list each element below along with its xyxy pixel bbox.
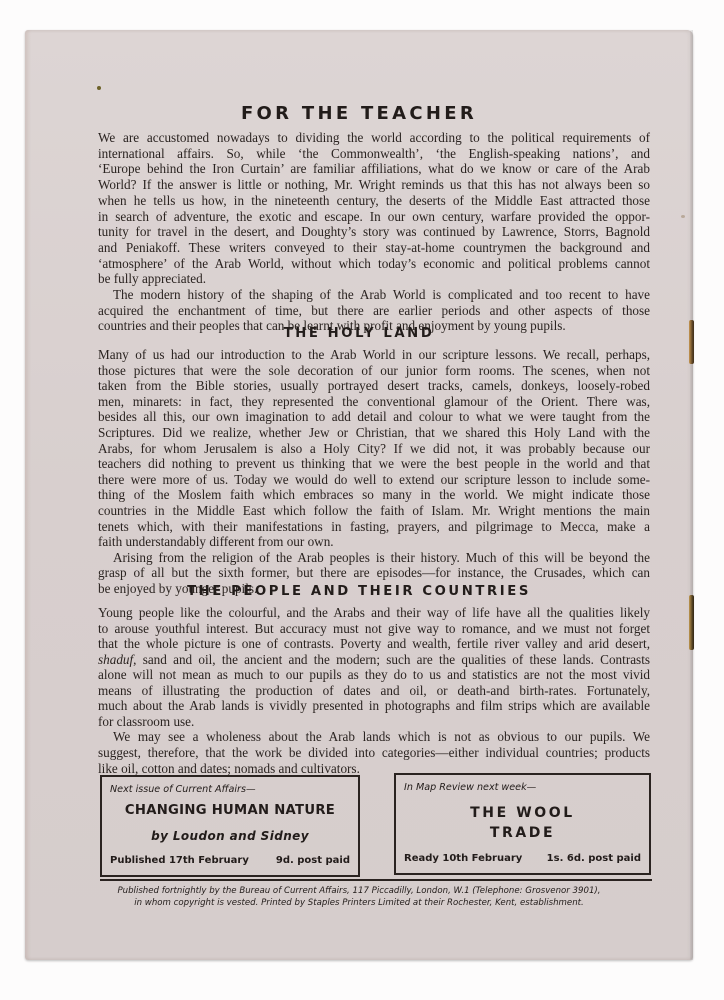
body-text-line: those pictures that were the sole decora… (98, 363, 650, 378)
body-text-line: be fully appreciated. (98, 271, 650, 286)
body-text-line: countries in the Middle East which follo… (98, 503, 650, 518)
body-text-line: for classroom use. (98, 714, 650, 729)
section-heading-holy-land: THE HOLY LAND (25, 326, 693, 341)
body-text-line: grasp of all but the sixth former, but t… (98, 565, 650, 580)
notice-title: CHANGING HUMAN NATURE (102, 803, 358, 818)
body-text-line: to arouse youthful interest. But accurac… (98, 621, 650, 636)
body-text-line: World? If the answer is little or nothin… (98, 177, 650, 192)
notice-title-line-1: THE WOOL (396, 805, 649, 821)
body-text-line: when he tells us how, in the nineteenth … (98, 193, 650, 208)
body-text-line: means of illustrating the production of … (98, 683, 650, 698)
notice-map-review: In Map Review next week— THE WOOL TRADE … (394, 773, 651, 875)
notice-price: 9d. post paid (276, 855, 350, 866)
ink-spot (97, 86, 101, 90)
notice-date: Ready 10th February (404, 853, 522, 864)
body-text-line: besides all this, our own imagination to… (98, 409, 650, 424)
body-text-line: taken from the Bible stories, usually po… (98, 378, 650, 393)
notice-date: Published 17th February (110, 855, 249, 866)
notice-price: 1s. 6d. post paid (547, 853, 641, 864)
body-text-line: suggest, therefore, that the work be div… (98, 745, 650, 760)
body-text-line: ‘atmosphere’ of the Arab World, without … (98, 256, 650, 271)
page-title: FOR THE TEACHER (25, 103, 693, 124)
body-text-line: We are accustomed nowadays to dividing t… (98, 130, 650, 145)
edge-stain (689, 320, 694, 364)
body-text-line: men, minarets: in fact, they represented… (98, 394, 650, 409)
notice-current-affairs: Next issue of Current Affairs— CHANGING … (100, 775, 360, 877)
body-text-line: shaduf, sand and oil, the ancient and th… (98, 652, 650, 667)
body-text-line: teachers did nothing to prevent us think… (98, 456, 650, 471)
body-text-line: We may see a wholeness about the Arab la… (98, 729, 650, 744)
body-text-line: ‘Europe behind the Iron Curtain’ are fam… (98, 161, 650, 176)
body-text-line: thing of the Moslem faith which embraces… (98, 487, 650, 502)
body-text-line: The modern history of the shaping of the… (98, 287, 650, 302)
body-text-line: in search of adventure, the exotic and e… (98, 209, 650, 224)
body-text-line: tunity for travel in the desert, and Dou… (98, 224, 650, 239)
paper-mark (681, 215, 685, 218)
footer-imprint-line-2: in whom copyright is vested. Printed by … (25, 897, 693, 909)
document-page: FOR THE TEACHER We are accustomed nowada… (25, 30, 693, 960)
body-text-line: faith understandably different from our … (98, 534, 650, 549)
body-text-line: acquired the enchantment of time, but th… (98, 303, 650, 318)
footer-rule (100, 879, 652, 881)
notice-kicker: Next issue of Current Affairs— (110, 784, 256, 795)
body-text-line: Arising from the religion of the Arab pe… (98, 550, 650, 565)
body-text-line: there were more of us. Today we would do… (98, 472, 650, 487)
body-text-line: Arabs, for whom Jerusalem is also a Holy… (98, 441, 650, 456)
body-text-line: Many of us had our introduction to the A… (98, 347, 650, 362)
body-text-line: Young people like the colourful, and the… (98, 605, 650, 620)
body-text-line: Scriptures. Did we realize, whether Jew … (98, 425, 650, 440)
footer-imprint-line-1: Published fortnightly by the Bureau of C… (25, 885, 693, 897)
notice-title-line-2: TRADE (396, 825, 649, 841)
body-text-line: that the whole picture is one of contras… (98, 636, 650, 651)
notice-subtitle: by Loudon and Sidney (102, 829, 358, 843)
edge-stain (689, 595, 694, 650)
body-text-line: much about the Arab lands is vividly pre… (98, 698, 650, 713)
body-text-line: alone will not mean as much to our pupil… (98, 667, 650, 682)
body-text-line: tenets which, with their manifestations … (98, 519, 650, 534)
notice-kicker: In Map Review next week— (404, 782, 536, 793)
body-text-line: international affairs. So, while ‘the Co… (98, 146, 650, 161)
section-heading-people: THE PEOPLE AND THEIR COUNTRIES (25, 584, 693, 599)
body-text-line: and Peniakoff. These writers conveyed to… (98, 240, 650, 255)
